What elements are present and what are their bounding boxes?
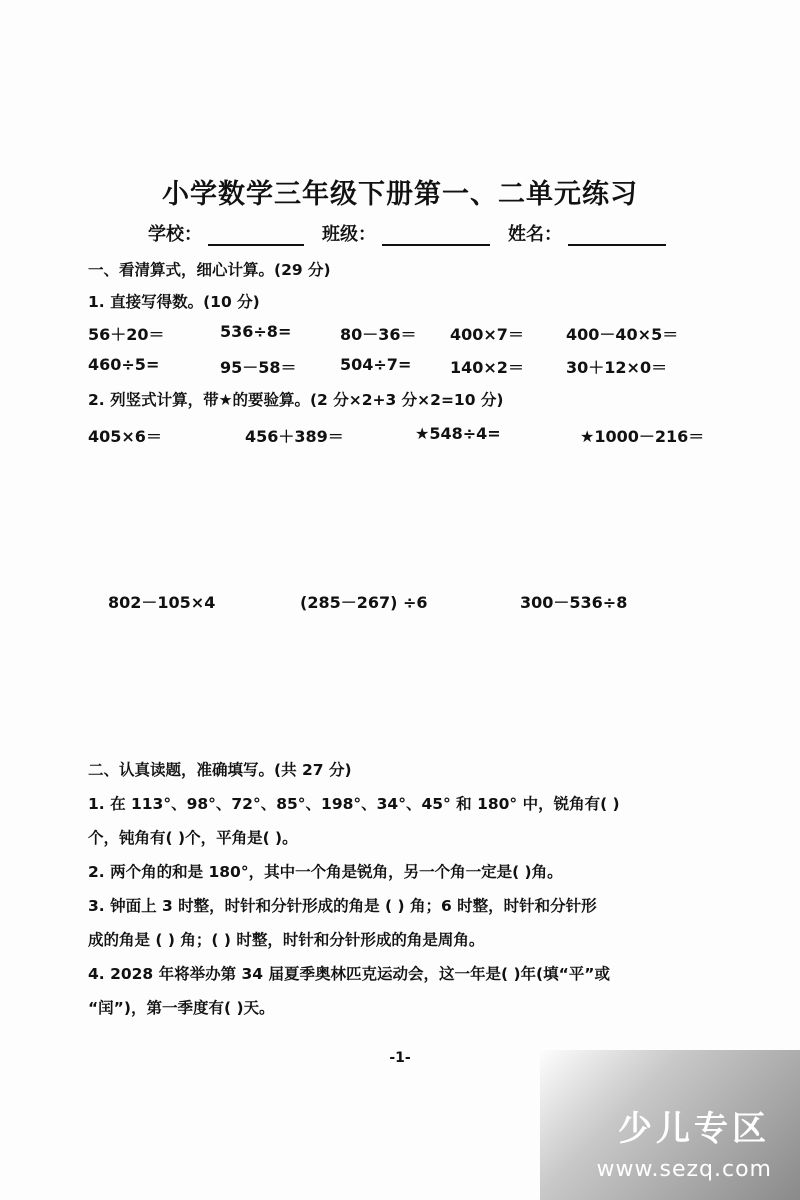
school-label: 学校： — [148, 220, 202, 246]
problem: 400×7＝ — [450, 322, 524, 345]
s2-q2: 2. 两个角的和是 180°，其中一个角是锐角，另一个角一定是( )角。 — [88, 860, 563, 882]
watermark: 少儿专区 www.sezq.com — [540, 1050, 800, 1200]
problem: 30＋12×0＝ — [566, 355, 667, 378]
class-blank[interactable] — [382, 224, 490, 246]
q2-heading: 2. 列竖式计算，带★的要验算。(2 分×2+3 分×2=10 分) — [88, 388, 503, 410]
problem: 400－40×5＝ — [566, 322, 678, 345]
problem: 56＋20＝ — [88, 322, 165, 345]
q1-heading: 1. 直接写得数。(10 分) — [88, 290, 260, 312]
s2-q4-line2: “闰”)，第一季度有( )天。 — [88, 996, 275, 1018]
school-blank[interactable] — [208, 224, 304, 246]
problem: 504÷7= — [340, 355, 411, 374]
name-blank[interactable] — [568, 224, 666, 246]
problem: ★1000－216＝ — [580, 424, 704, 447]
s2-q4-line1: 4. 2028 年将举办第 34 届夏季奥林匹克运动会，这一年是( )年(填“平… — [88, 962, 610, 984]
problem: 140×2＝ — [450, 355, 524, 378]
s2-q3-line2: 成的角是 ( ) 角；( ) 时整，时针和分针形成的角是周角。 — [88, 928, 484, 950]
problem: 95－58＝ — [220, 355, 297, 378]
problem: (285－267) ÷6 — [300, 590, 428, 613]
student-info-row: 学校： 班级： 姓名： — [148, 220, 684, 246]
name-label: 姓名： — [508, 220, 562, 246]
watermark-title: 少儿专区 — [618, 1101, 770, 1150]
problem: ★548÷4= — [415, 424, 501, 443]
problem: 460÷5= — [88, 355, 159, 374]
problem: 536÷8= — [220, 322, 291, 341]
section1-heading: 一、看清算式，细心计算。(29 分) — [88, 258, 331, 280]
problem: 80－36＝ — [340, 322, 417, 345]
worksheet-page: 小学数学三年级下册第一、二单元练习 学校： 班级： 姓名： 一、看清算式，细心计… — [0, 0, 800, 1200]
problem: 802－105×4 — [108, 590, 215, 613]
problem: 405×6＝ — [88, 424, 162, 447]
problem: 300－536÷8 — [520, 590, 627, 613]
s2-q3-line1: 3. 钟面上 3 时整，时针和分针形成的角是 ( ) 角；6 时整，时针和分针形 — [88, 894, 597, 916]
class-label: 班级： — [322, 220, 376, 246]
worksheet-title: 小学数学三年级下册第一、二单元练习 — [0, 172, 800, 211]
watermark-url: www.sezq.com — [597, 1157, 772, 1182]
problem: 456＋389＝ — [245, 424, 344, 447]
s2-q1-line1: 1. 在 113°、98°、72°、85°、198°、34°、45° 和 180… — [88, 792, 620, 814]
section2-heading: 二、认真读题，准确填写。(共 27 分) — [88, 758, 352, 780]
s2-q1-line2: 个，钝角有( )个，平角是( )。 — [88, 826, 298, 848]
